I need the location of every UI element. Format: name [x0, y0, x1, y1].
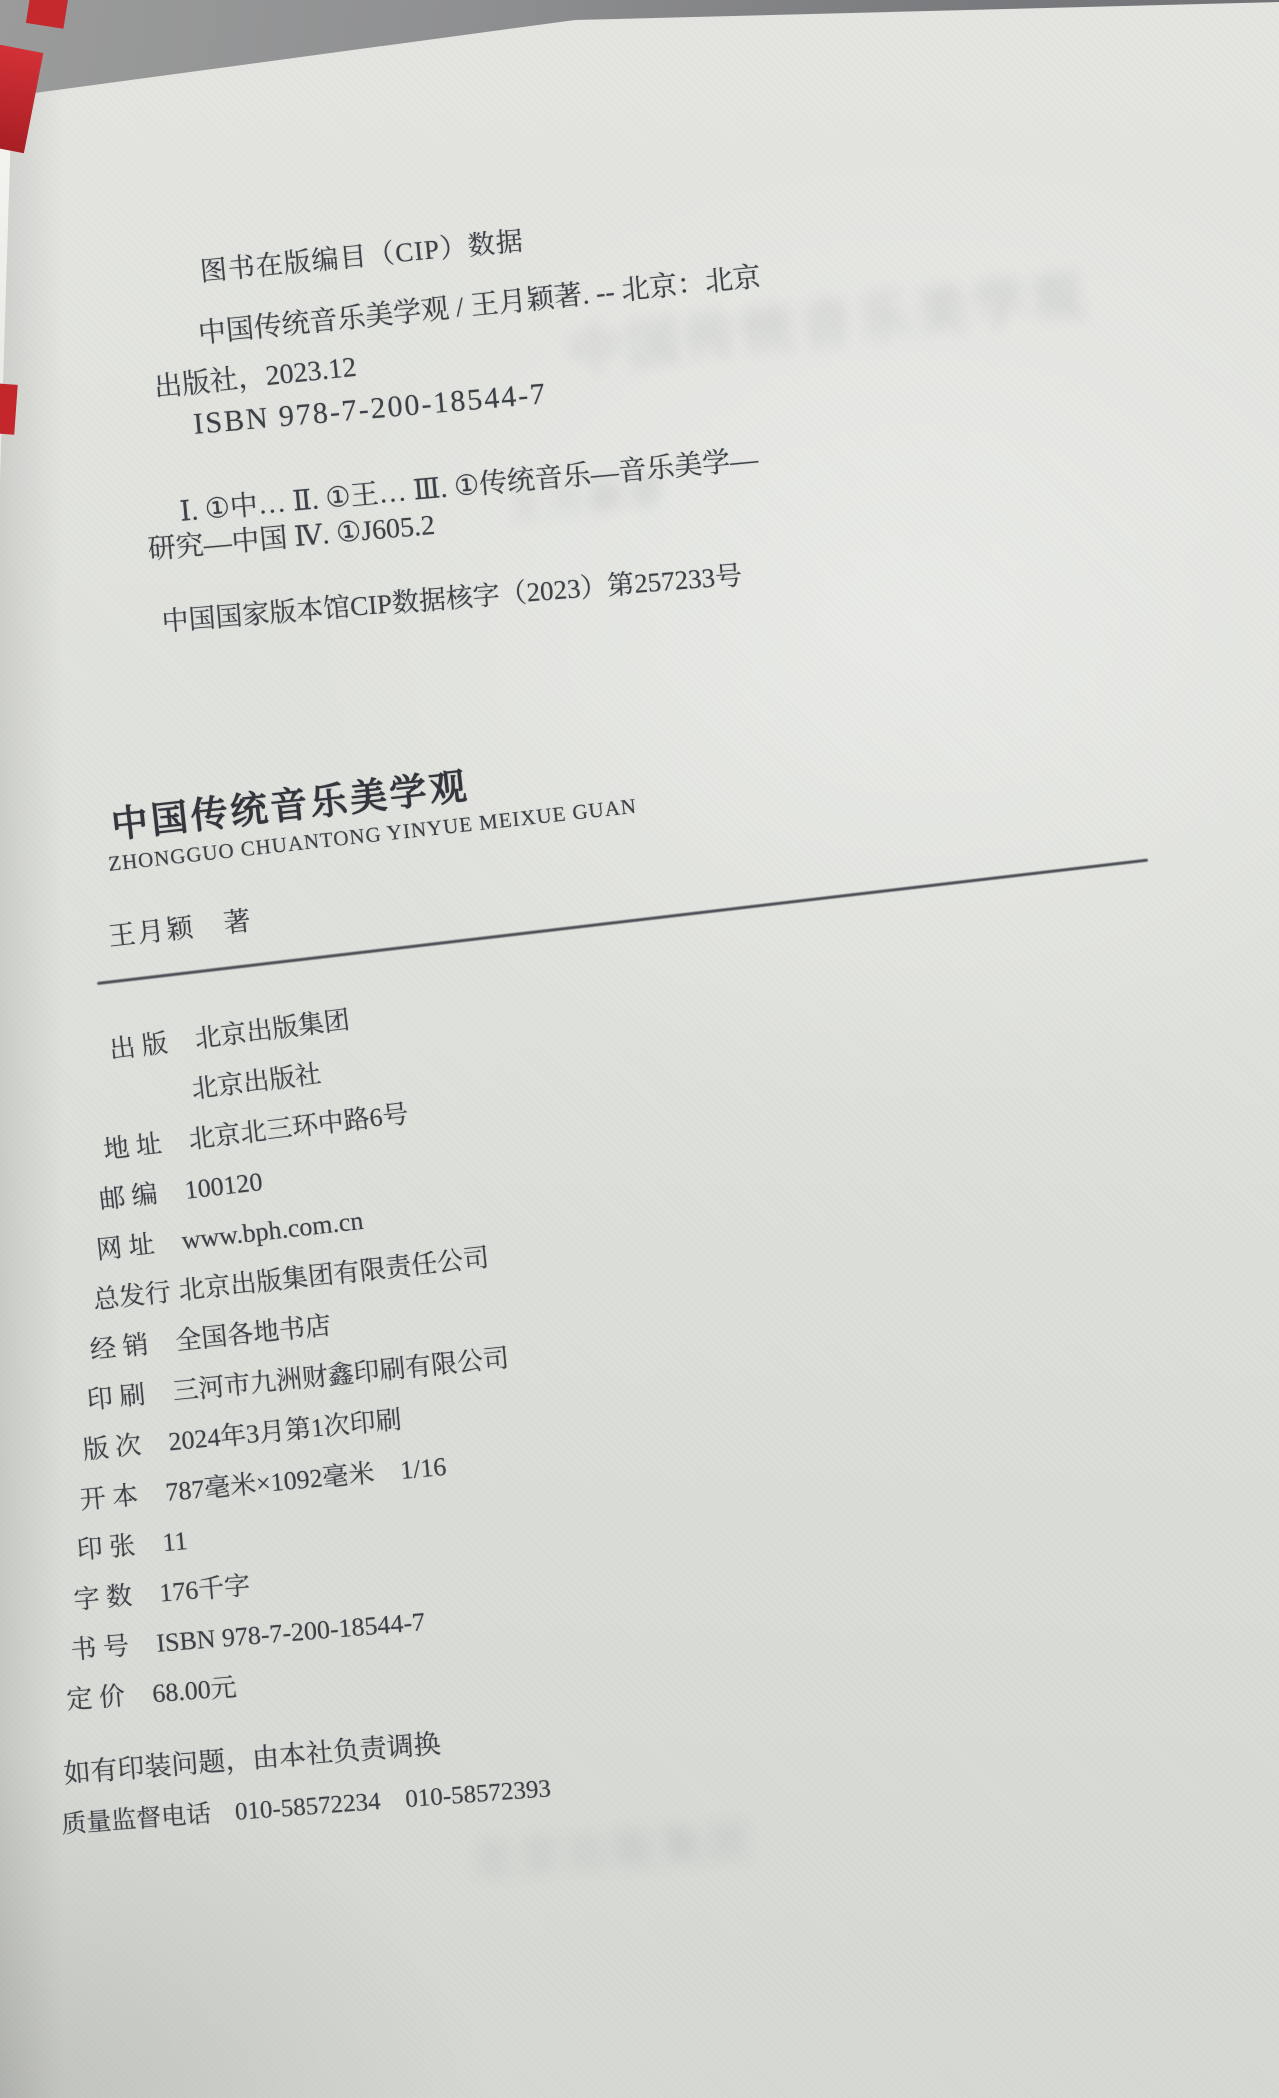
colophon-label [107, 1098, 192, 1109]
colophon-value: 68.00元 [151, 1667, 238, 1710]
colophon-label: 字 数 [72, 1573, 161, 1617]
colophon-label: 印 张 [75, 1522, 164, 1566]
colophon-value: 176千字 [157, 1565, 251, 1610]
colophon-value: 11 [161, 1526, 189, 1558]
colophon-label: 书 号 [69, 1623, 158, 1667]
colophon-label: 定 价 [65, 1673, 154, 1717]
photo-scene: 中国传统音乐美学观 王月颖著 北京出版集团 图书在版编目（CIP）数据 中国传统… [0, 0, 1279, 2098]
